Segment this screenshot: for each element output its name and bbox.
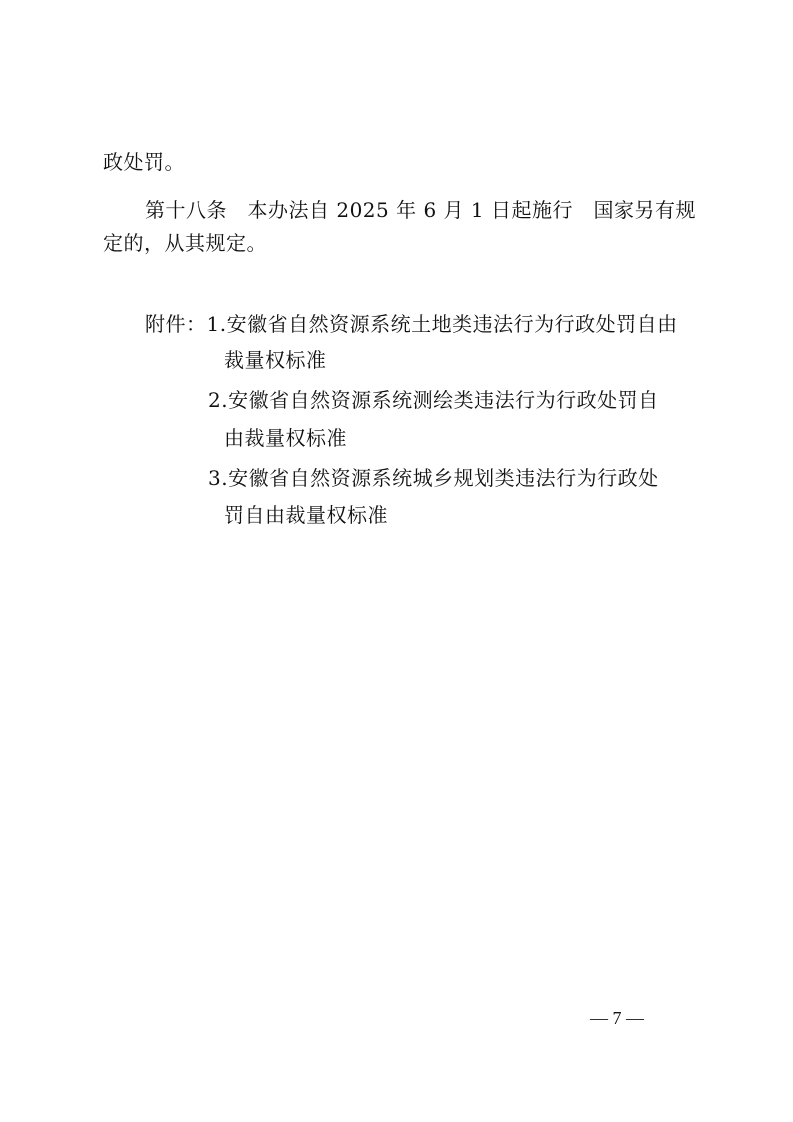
attachment-item-1: 附件：1.安徽省自然资源系统土地类违法行为行政处罚自由	[145, 312, 678, 336]
attachment-item-2-continuation: 由裁量权标准	[224, 426, 347, 450]
attachment-number: 2.	[208, 388, 228, 412]
attachment-label: 附件：	[145, 312, 207, 336]
attachment-title: 安徽省自然资源系统城乡规划类违法行为行政处	[228, 466, 659, 490]
attachment-number: 1.	[207, 312, 227, 336]
article-18: 第十八条 本办法自 2025 年 6 月 1 日起施行 国家另有规	[145, 198, 696, 222]
attachment-title: 安徽省自然资源系统土地类违法行为行政处罚自由	[227, 312, 678, 336]
paragraph-continuation: 政处罚。	[103, 150, 185, 174]
attachment-number: 3.	[208, 466, 228, 490]
page-number: — 7 —	[590, 1006, 644, 1030]
attachment-item-1-continuation: 裁量权标准	[224, 348, 327, 372]
attachment-item-3-continuation: 罚自由裁量权标准	[224, 503, 388, 527]
attachment-item-3: 3.安徽省自然资源系统城乡规划类违法行为行政处	[208, 466, 659, 490]
article-18-continuation: 定的，从其规定。	[103, 231, 267, 255]
attachment-title: 安徽省自然资源系统测绘类违法行为行政处罚自	[228, 388, 659, 412]
attachment-item-2: 2.安徽省自然资源系统测绘类违法行为行政处罚自	[208, 388, 659, 412]
